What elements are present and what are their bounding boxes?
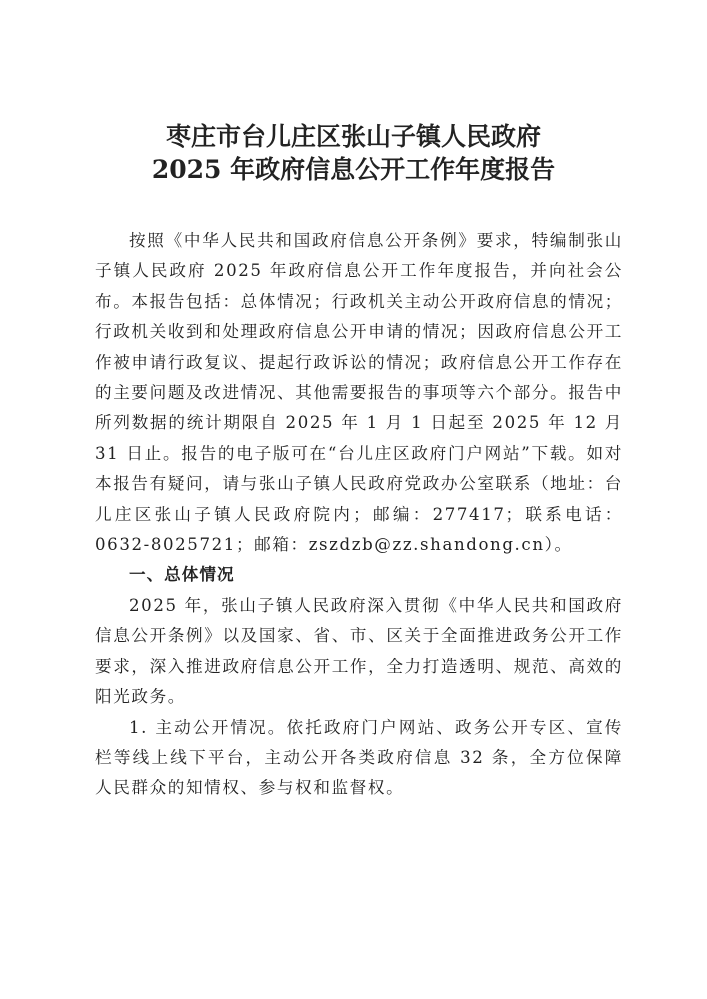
overview-paragraph: 2025 年，张山子镇人民政府深入贯彻《中华人民共和国政府信息公开条例》以及国家… [95, 591, 623, 713]
report-body: 按照《中华人民共和国政府信息公开条例》要求，特编制张山子镇人民政府 2025 年… [95, 226, 623, 804]
intro-paragraph: 按照《中华人民共和国政府信息公开条例》要求，特编制张山子镇人民政府 2025 年… [95, 226, 623, 560]
document-page: 枣庄市台儿庄区张山子镇人民政府 2025 年政府信息公开工作年度报告 按照《中华… [0, 0, 707, 999]
section-heading-overview: 一、总体情况 [95, 560, 623, 590]
title-line-1: 枣庄市台儿庄区张山子镇人民政府 [0, 117, 707, 153]
title-line-2: 2025 年政府信息公开工作年度报告 [0, 150, 707, 186]
proactive-disclosure-paragraph: 1. 主动公开情况。依托政府门户网站、政务公开专区、宣传栏等线上线下平台，主动公… [95, 713, 623, 804]
